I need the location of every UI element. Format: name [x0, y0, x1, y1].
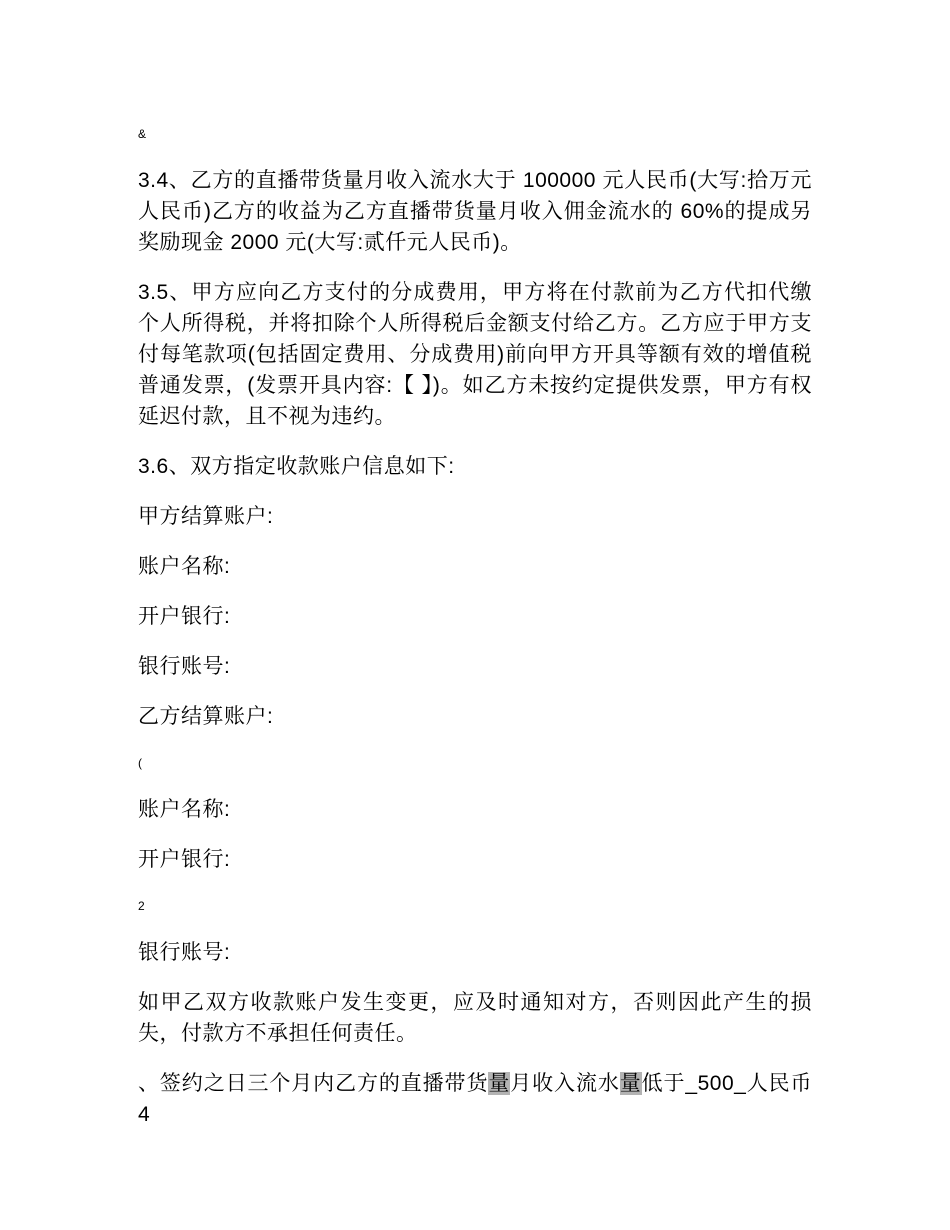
party-b-settlement-account-label: 乙方结算账户:: [138, 701, 812, 732]
signing-threshold-line: 、签约之日三个月内乙方的直播带货量月收入流水量低于_500_人民币 4: [138, 1068, 812, 1130]
page-number-artifact: 2: [138, 894, 812, 918]
account-change-notice-paragraph: 如甲乙双方收款账户发生变更，应及时通知对方，否则因此产生的损失，付款方不承担任何…: [138, 987, 812, 1049]
account-name-label-2: 账户名称:: [138, 794, 812, 825]
party-a-settlement-account-label: 甲方结算账户:: [138, 501, 812, 532]
bank-branch-label: 开户银行:: [138, 601, 812, 632]
bank-branch-label-2: 开户银行:: [138, 844, 812, 875]
clause-3-6-heading: 3.6、双方指定收款账户信息如下:: [138, 451, 812, 482]
account-name-label: 账户名称:: [138, 551, 812, 582]
bank-account-number-label: 银行账号:: [138, 651, 812, 682]
text-segment: 月收入流水: [510, 1072, 619, 1095]
stray-ampersand: &: [138, 122, 812, 146]
clause-3-5-paragraph: 3.5、甲方应向乙方支付的分成费用，甲方将在付款前为乙方代扣代缴个人所得税，并将…: [138, 277, 812, 432]
highlighted-char: 量: [488, 1072, 510, 1095]
highlighted-char: 量: [620, 1072, 642, 1095]
document-page: & 3.4、乙方的直播带货量月收入流水大于 100000 元人民币(大写:拾万元…: [0, 0, 950, 1230]
stray-parenthesis: (: [138, 751, 812, 775]
clause-3-4-paragraph: 3.4、乙方的直播带货量月收入流水大于 100000 元人民币(大写:拾万元人民…: [138, 165, 812, 258]
text-segment: 、签约之日三个月内乙方的直播带货: [138, 1072, 488, 1095]
bank-account-number-label-2: 银行账号:: [138, 937, 812, 968]
